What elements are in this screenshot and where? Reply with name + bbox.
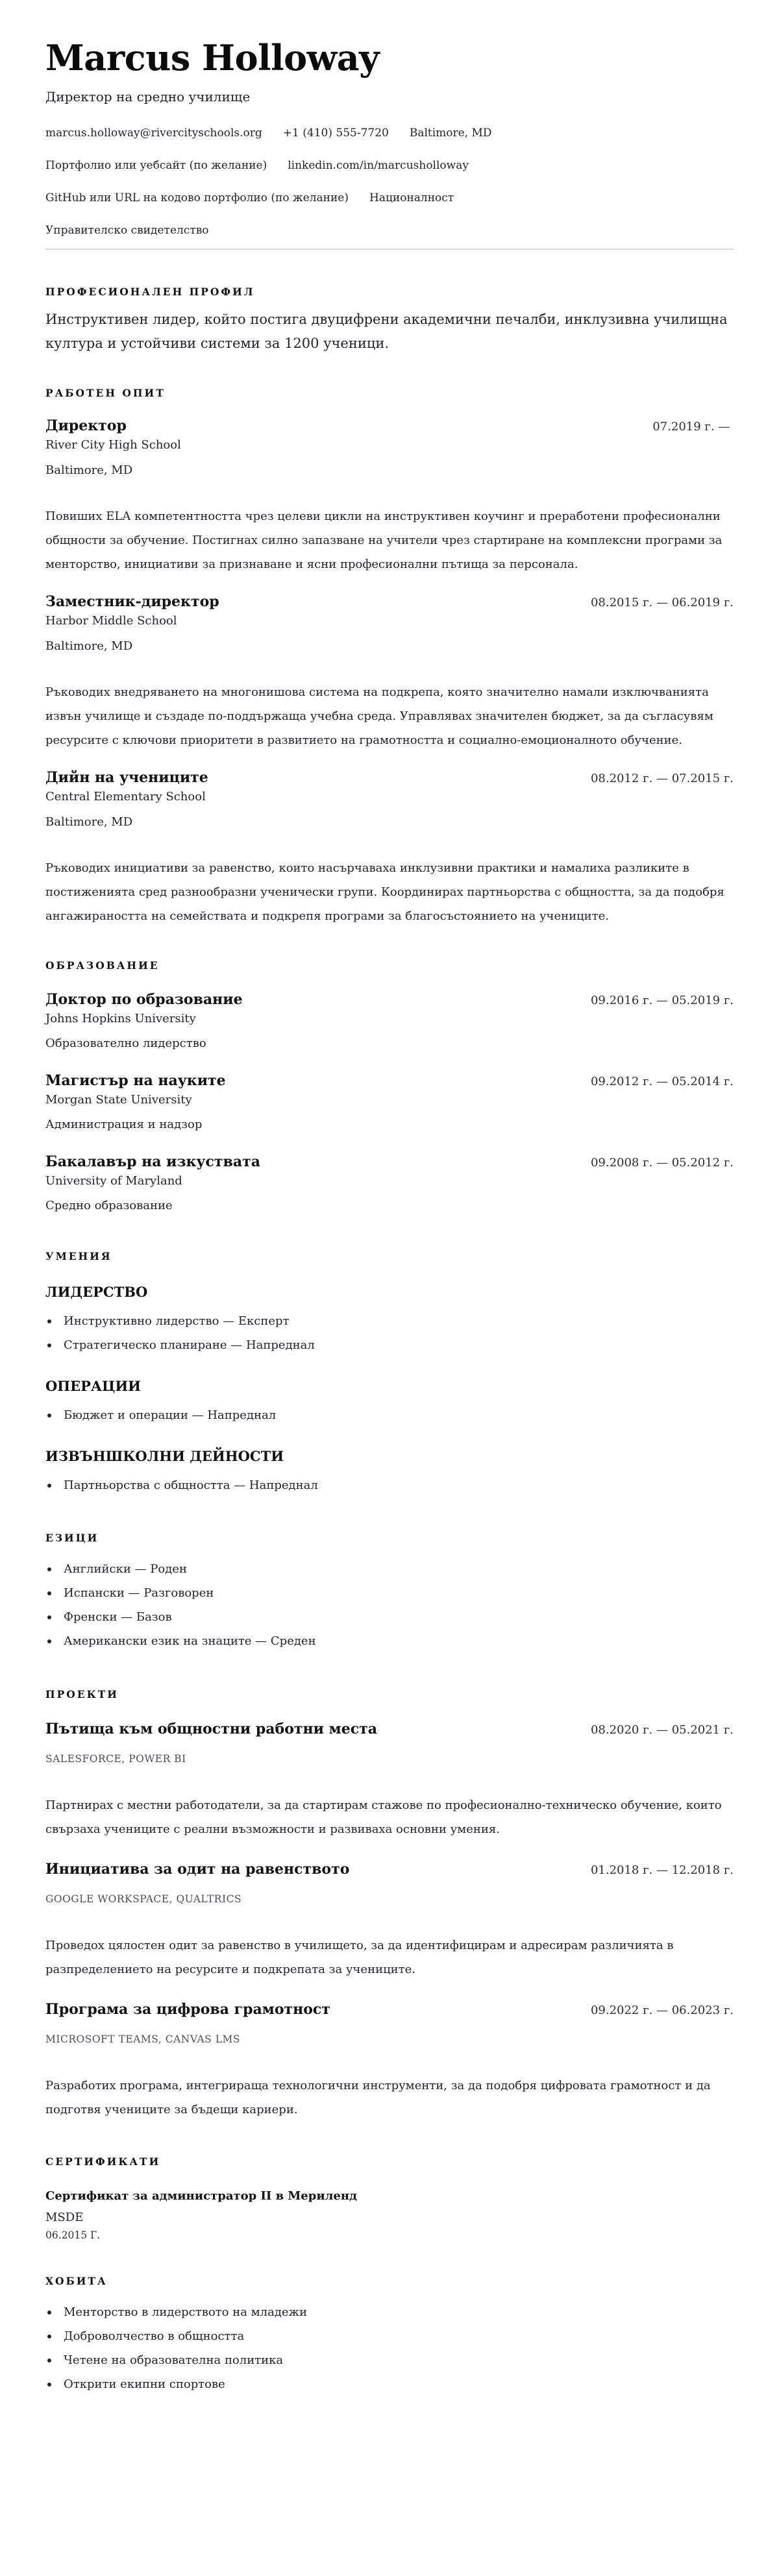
contact-driving-license: Управителско свидетелство — [45, 225, 209, 236]
language-item: Английски — Роден — [45, 1557, 734, 1581]
degree-dates: 09.2008 г. — 05.2012 г. — [591, 1156, 734, 1170]
certificate-name: Сертификат за администратор II в Мерилен… — [45, 2189, 734, 2203]
candidate-headline: Директор на средно училище — [45, 89, 734, 104]
school-name: Johns Hopkins University — [45, 1012, 734, 1025]
job-dates: 08.2015 г. — 06.2019 г. — [591, 596, 734, 609]
education-entry: Бакалавър на изкуствата 09.2008 г. — 05.… — [45, 1153, 734, 1212]
experience-entry: Дийн на учениците 08.2012 г. — 07.2015 г… — [45, 769, 734, 928]
contact-block: marcus.holloway@rivercityschools.org +1 … — [45, 128, 734, 236]
section-title: Сертификати — [45, 2155, 734, 2168]
job-title: Дийн на учениците — [45, 769, 208, 786]
skill-list: Инструктивно лидерство — Експерт Стратег… — [45, 1309, 734, 1357]
contact-email[interactable]: marcus.holloway@rivercityschools.org — [45, 128, 262, 139]
project-description: Партнирах с местни работодатели, за да с… — [45, 1793, 734, 1841]
contact-nationality: Националност — [369, 193, 454, 204]
skill-item: Стратегическо планиране — Напреднал — [45, 1333, 734, 1357]
school-name: Morgan State University — [45, 1093, 734, 1107]
skill-item: Инструктивно лидерство — Експерт — [45, 1309, 734, 1333]
degree-title: Магистър на науките — [45, 1072, 226, 1089]
section-title: Проекти — [45, 1688, 734, 1700]
project-name: Пътища към общностни работни места — [45, 1721, 377, 1737]
certificate-entry: Сертификат за администратор II в Мерилен… — [45, 2189, 734, 2241]
project-dates: 01.2018 г. — 12.2018 г. — [591, 1863, 734, 1877]
field-of-study: Администрация и надзор — [45, 1118, 734, 1131]
job-description: Ръководих внедряването на многонишова си… — [45, 680, 734, 752]
contact-linkedin[interactable]: linkedin.com/in/marcusholloway — [288, 160, 469, 171]
hobby-item: Открити екипни спортове — [45, 2372, 734, 2396]
job-organization: Harbor Middle School — [45, 614, 734, 628]
job-dates: 08.2012 г. — 07.2015 г. — [591, 772, 734, 785]
project-dates: 08.2020 г. — 05.2021 г. — [591, 1723, 734, 1737]
skill-item: Бюджет и операции — Напреднал — [45, 1403, 734, 1427]
section-title: Хобита — [45, 2275, 734, 2287]
experience-entry: Заместник-директор 08.2015 г. — 06.2019 … — [45, 593, 734, 752]
project-dates: 09.2022 г. — 06.2023 г. — [591, 2004, 734, 2017]
resume-page: Marcus Holloway Директор на средно учили… — [0, 0, 779, 2435]
header-divider — [45, 249, 734, 250]
contact-line: Портфолио или уебсайт (по желание) linke… — [45, 160, 734, 193]
school-name: University of Maryland — [45, 1174, 734, 1188]
project-entry: Пътища към общностни работни места 08.20… — [45, 1721, 734, 1841]
section-hobbies: Хобита Менторство в лидерството на младе… — [45, 2275, 734, 2396]
hobby-list: Менторство в лидерството на младежи Добр… — [45, 2300, 734, 2396]
contact-line: Управителско свидетелство — [45, 225, 734, 236]
contact-github[interactable]: GitHub или URL на кодово портфолио (по ж… — [45, 193, 349, 204]
education-entry: Доктор по образование 09.2016 г. — 05.20… — [45, 991, 734, 1050]
job-location: Baltimore, MD — [45, 639, 734, 653]
project-name: Инициатива за одит на равенството — [45, 1861, 349, 1878]
project-name: Програма за цифрова грамотност — [45, 2001, 330, 2018]
field-of-study: Образователно лидерство — [45, 1037, 734, 1050]
project-description: Разработих програма, интегрираща техноло… — [45, 2074, 734, 2122]
experience-entry: Директор 07.2019 г. — River City High Sc… — [45, 417, 734, 576]
project-entry: Програма за цифрова грамотност 09.2022 г… — [45, 2001, 734, 2122]
project-tech-stack: Salesforce, Power BI — [45, 1753, 734, 1765]
contact-phone[interactable]: +1 (410) 555-7720 — [283, 128, 389, 139]
section-experience: Работен опит Директор 07.2019 г. — River… — [45, 387, 734, 928]
language-item: Американски език на знаците — Среден — [45, 1629, 734, 1653]
contact-location: Baltimore, MD — [410, 128, 492, 139]
job-title: Заместник-директор — [45, 593, 219, 610]
contact-line: marcus.holloway@rivercityschools.org +1 … — [45, 128, 734, 160]
degree-title: Бакалавър на изкуствата — [45, 1153, 260, 1170]
skill-list: Бюджет и операции — Напреднал — [45, 1403, 734, 1427]
hobby-item: Доброволчество в общността — [45, 2324, 734, 2348]
degree-title: Доктор по образование — [45, 991, 243, 1008]
job-organization: Central Elementary School — [45, 790, 734, 803]
section-projects: Проекти Пътища към общностни работни мес… — [45, 1688, 734, 2122]
job-description: Повиших ELA компетентността чрез целеви … — [45, 504, 734, 576]
section-skills: Умения ЛИДЕРСТВО Инструктивно лидерство … — [45, 1250, 734, 1497]
project-tech-stack: Google Workspace, Qualtrics — [45, 1893, 734, 1905]
job-dates: 07.2019 г. — — [652, 420, 734, 434]
skill-item: Партньорства с общността — Напреднал — [45, 1473, 734, 1497]
field-of-study: Средно образование — [45, 1199, 734, 1212]
skill-category: ОПЕРАЦИИ — [45, 1378, 734, 1394]
skill-list: Партньорства с общността — Напреднал — [45, 1473, 734, 1497]
job-organization: River City High School — [45, 438, 734, 452]
section-profile: Професионален профил Инструктивен лидер,… — [45, 286, 734, 356]
section-title: Работен опит — [45, 387, 734, 399]
project-description: Проведох цялостен одит за равенство в уч… — [45, 1933, 734, 1981]
section-title: Образование — [45, 959, 734, 972]
contact-portfolio[interactable]: Портфолио или уебсайт (по желание) — [45, 160, 267, 171]
job-location: Baltimore, MD — [45, 815, 734, 829]
degree-dates: 09.2012 г. — 05.2014 г. — [591, 1075, 734, 1088]
section-education: Образование Доктор по образование 09.201… — [45, 959, 734, 1212]
language-list: Английски — Роден Испански — Разговорен … — [45, 1557, 734, 1653]
project-tech-stack: Microsoft Teams, Canvas LMS — [45, 2033, 734, 2045]
section-certificates: Сертификати Сертификат за администратор … — [45, 2155, 734, 2241]
degree-dates: 09.2016 г. — 05.2019 г. — [591, 994, 734, 1007]
skill-category: ЛИДЕРСТВО — [45, 1284, 734, 1300]
job-title: Директор — [45, 417, 127, 434]
language-item: Испански — Разговорен — [45, 1581, 734, 1605]
hobby-item: Менторство в лидерството на младежи — [45, 2300, 734, 2324]
section-title: Умения — [45, 1250, 734, 1262]
hobby-item: Четене на образователна политика — [45, 2348, 734, 2372]
section-title: Езици — [45, 1532, 734, 1544]
section-languages: Езици Английски — Роден Испански — Разго… — [45, 1532, 734, 1653]
skill-category: ИЗВЪНШКОЛНИ ДЕЙНОСТИ — [45, 1448, 734, 1464]
certificate-issuer: MSDE — [45, 2211, 734, 2224]
profile-summary: Инструктивен лидер, който постига двуциф… — [45, 308, 734, 356]
language-item: Френски — Базов — [45, 1605, 734, 1629]
resume-header: Marcus Holloway Директор на средно учили… — [45, 39, 734, 250]
education-entry: Магистър на науките 09.2012 г. — 05.2014… — [45, 1072, 734, 1131]
candidate-name: Marcus Holloway — [45, 39, 734, 77]
contact-line: GitHub или URL на кодово портфолио (по ж… — [45, 193, 734, 225]
project-entry: Инициатива за одит на равенството 01.201… — [45, 1861, 734, 1981]
job-location: Baltimore, MD — [45, 463, 734, 477]
job-description: Ръководих инициативи за равенство, които… — [45, 856, 734, 928]
section-title: Професионален профил — [45, 286, 734, 298]
certificate-date: 06.2015 г. — [45, 2229, 734, 2241]
